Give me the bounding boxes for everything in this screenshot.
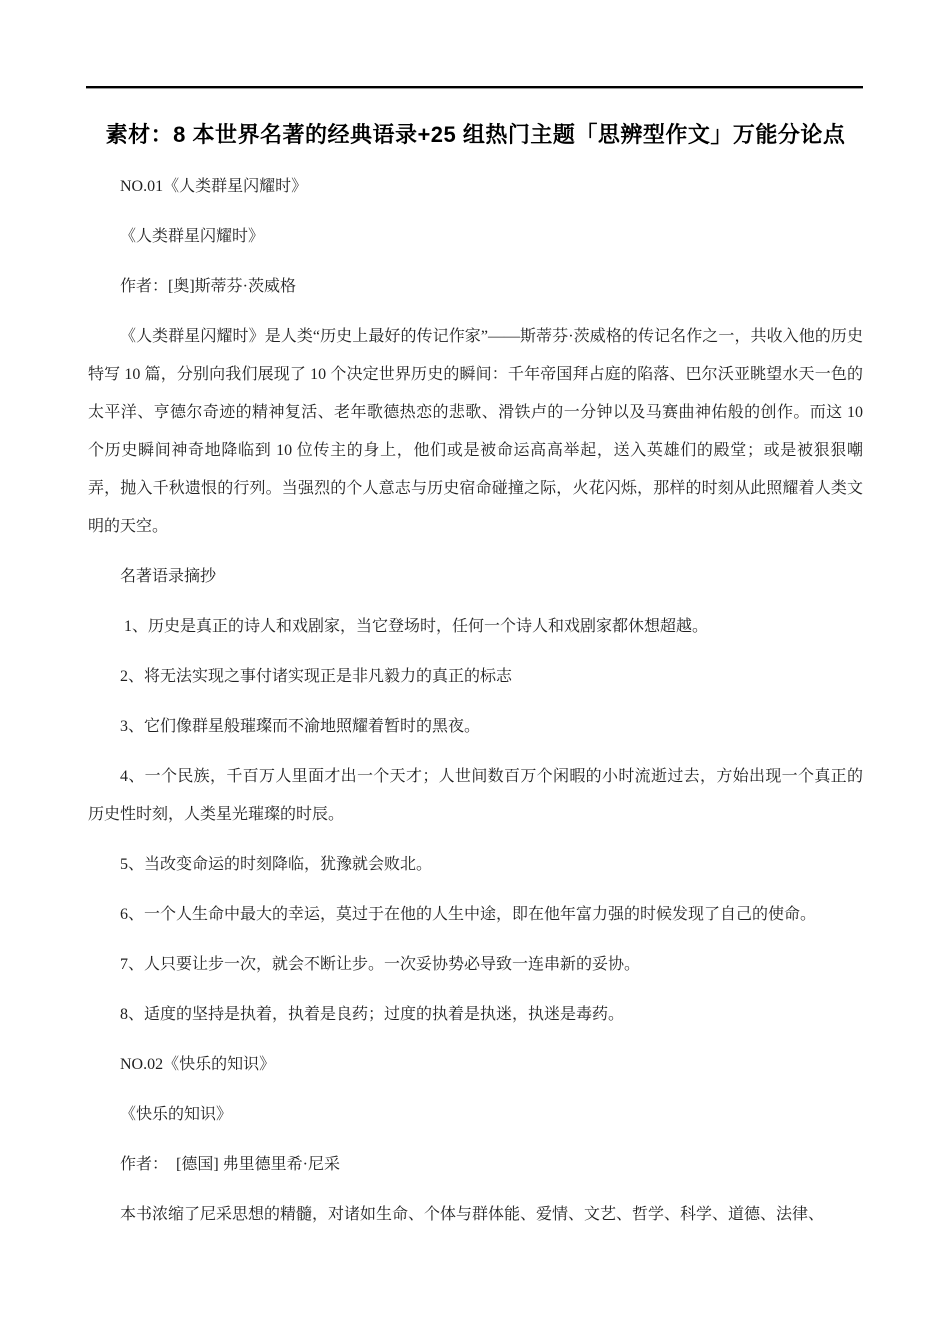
section2-intro-paragraph: 本书浓缩了尼采思想的精髓，对诸如生命、个体与群体能、爱情、文艺、哲学、科学、道德… [88, 1196, 863, 1234]
quote-item-2: 2、将无法实现之事付诸实现正是非凡毅力的真正的标志 [88, 658, 863, 696]
section1-number-heading: NO.01《人类群星闪耀时》 [88, 168, 863, 206]
document-content: 素材：8 本世界名著的经典语录+25 组热门主题「思辨型作文」万能分论点 NO.… [88, 0, 863, 1234]
section2-number-heading: NO.02《快乐的知识》 [88, 1046, 863, 1084]
section1-author-line: 作者：[奥]斯蒂芬·茨威格 [88, 268, 863, 306]
quote-item-6: 6、一个人生命中最大的幸运，莫过于在他的人生中途，即在他年富力强的时候发现了自己… [88, 896, 863, 934]
quote-item-3: 3、它们像群星般璀璨而不渝地照耀着暂时的黑夜。 [88, 708, 863, 746]
section1-intro-paragraph: 《人类群星闪耀时》是人类“历史上最好的传记作家”——斯蒂芬·茨威格的传记名作之一… [88, 318, 863, 546]
quote-item-8: 8、适度的坚持是执着，执着是良药；过度的执着是执迷，执迷是毒药。 [88, 996, 863, 1034]
quotes-heading: 名著语录摘抄 [88, 558, 863, 596]
section2-author-line: 作者： [德国] 弗里德里希·尼采 [88, 1146, 863, 1184]
quote-item-4: 4、一个民族，千百万人里面才出一个天才；人世间数百万个闲暇的小时流逝过去，方始出… [88, 758, 863, 834]
document-page: 素材：8 本世界名著的经典语录+25 组热门主题「思辨型作文」万能分论点 NO.… [0, 0, 950, 1344]
quote-item-1: 1、历史是真正的诗人和戏剧家，当它登场时，任何一个诗人和戏剧家都休想超越。 [88, 608, 863, 646]
header-divider-line [86, 86, 863, 88]
document-title: 素材：8 本世界名著的经典语录+25 组热门主题「思辨型作文」万能分论点 [88, 114, 863, 156]
section2-book-title: 《快乐的知识》 [88, 1096, 863, 1134]
section1-book-title: 《人类群星闪耀时》 [88, 218, 863, 256]
quote-item-7: 7、人只要让步一次，就会不断让步。一次妥协势必导致一连串新的妥协。 [88, 946, 863, 984]
quote-item-5: 5、当改变命运的时刻降临，犹豫就会败北。 [88, 846, 863, 884]
